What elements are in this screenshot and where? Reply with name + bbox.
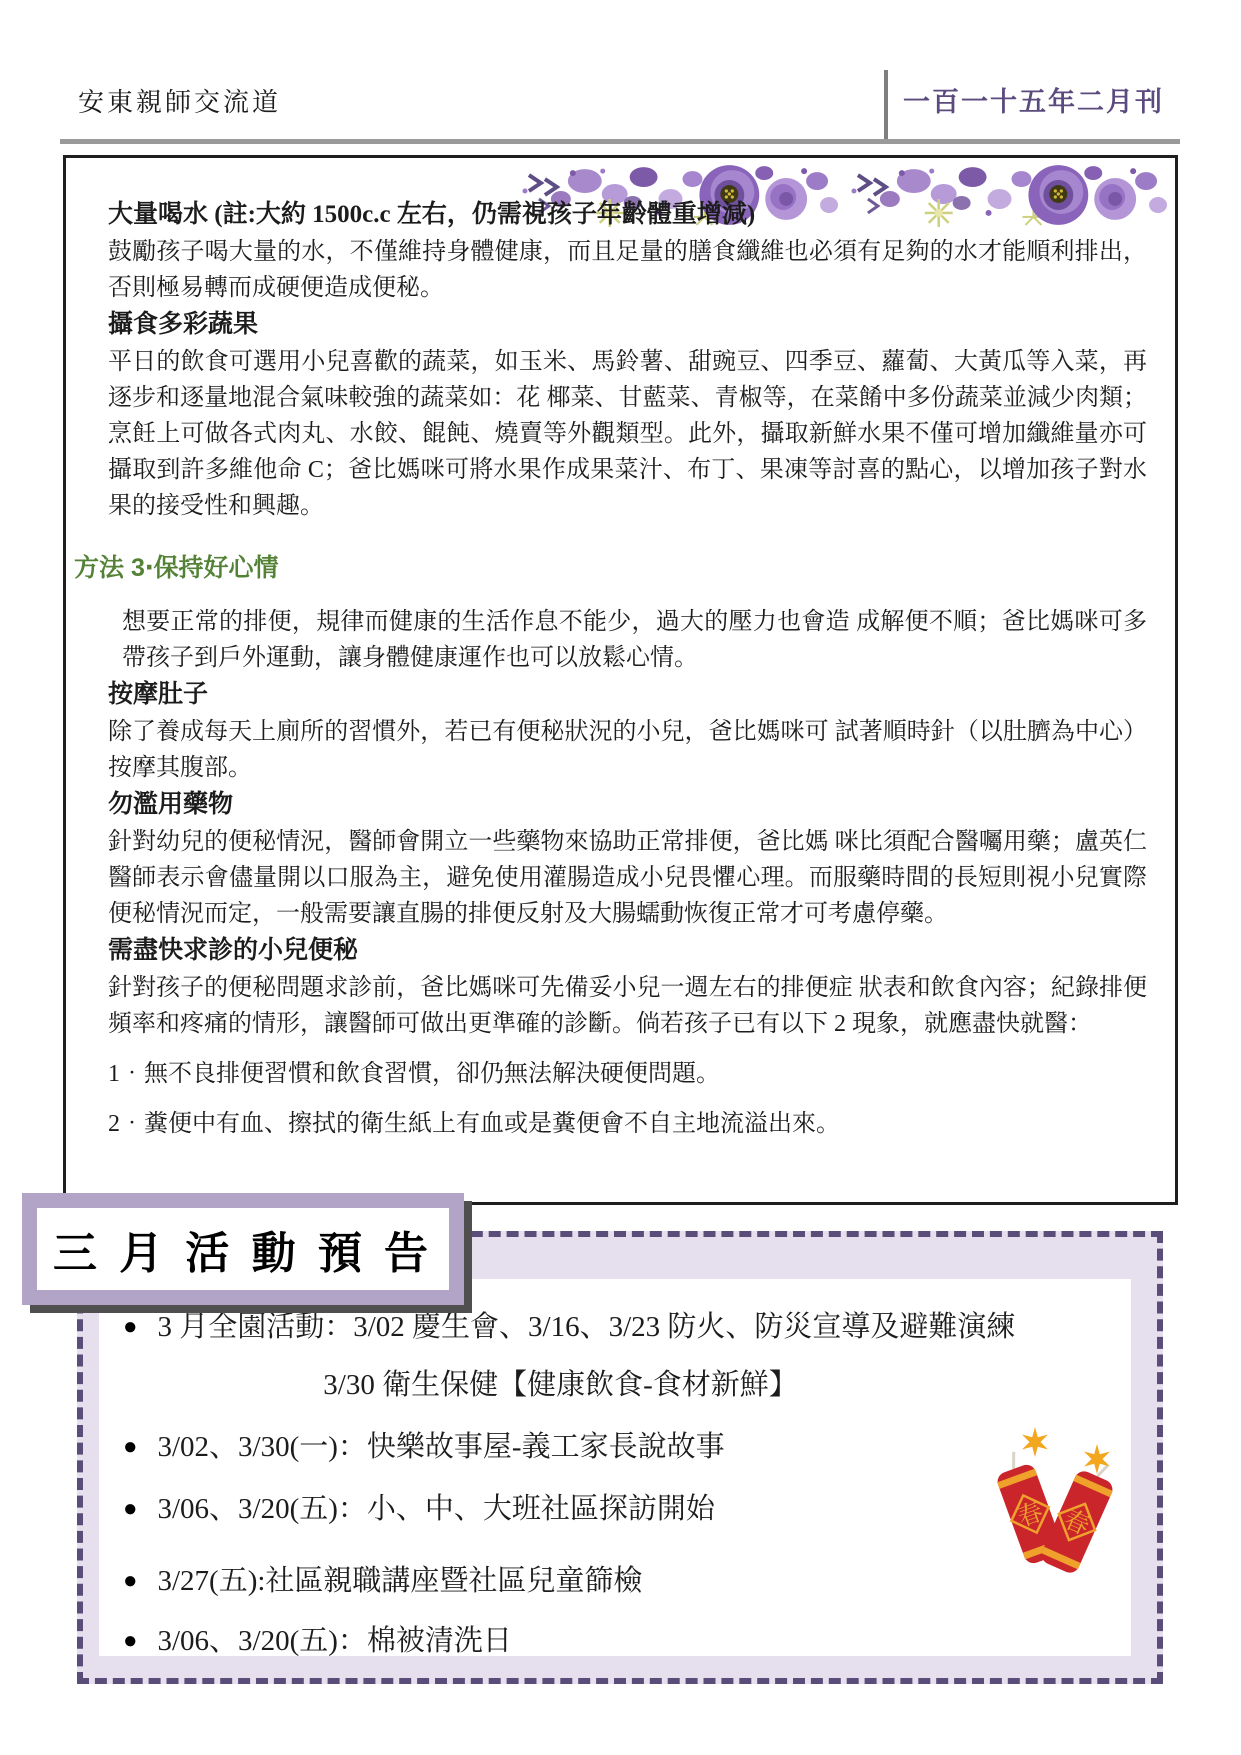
header-rule [60, 139, 1180, 144]
activity-item: ● 3/06、3/20(五)：棉被清洗日 [99, 1621, 1131, 1661]
spark-star-icon [1022, 1427, 1048, 1457]
method-heading: 方法 3‧保持好心情 [74, 550, 1147, 586]
bullet-icon: ● [123, 1427, 138, 1467]
header-divider [884, 70, 888, 140]
march-activities-content: ● 3 月全園活動：3/02 慶生會、3/16、3/23 防火、防災宣導及避難演… [99, 1279, 1131, 1656]
paragraph: 針對孩子的便秘問題求診前，爸比媽咪可先備妥小兒一週左右的排便症 狀表和飲食內容；… [108, 970, 1147, 1042]
section-heading: 大量喝水 (註:大約 1500c.c 左右，仍需視孩子年齡體重增減) [108, 196, 1147, 234]
march-title-plate: 三 月 活 動 預 告 [22, 1193, 464, 1305]
activity-text: 3/06、3/20(五)：棉被清洗日 [158, 1621, 512, 1661]
activity-text: 3 月全園活動：3/02 慶生會、3/16、3/23 防火、防災宣導及避難演練 [158, 1307, 1016, 1347]
march-title-inner: 三 月 活 動 預 告 [37, 1208, 449, 1290]
section-heading: 攝食多彩蔬果 [108, 306, 1147, 344]
paragraph: 除了養成每天上廁所的習慣外，若已有便秘狀況的小兒，爸比媽咪可 試著順時針（以肚臍… [108, 714, 1147, 786]
activity-item: ● 3/27(五):社區親職講座暨社區兒童篩檢 [99, 1561, 1131, 1601]
firecrackers-icon: 春 春 [985, 1422, 1135, 1590]
paragraph: 想要正常的排便，規律而健康的生活作息不能少，過大的壓力也會造 成解便不順；爸比媽… [108, 604, 1147, 676]
activity-text: 3/06、3/20(五)：小、中、大班社區探訪開始 [158, 1489, 715, 1529]
section-heading: 按摩肚子 [108, 676, 1147, 714]
newsletter-name: 安東親師交流道 [78, 82, 281, 119]
numbered-item: 2‧糞便中有血、擦拭的衛生紙上有血或是糞便會不自主地流溢出來。 [108, 1106, 1147, 1142]
activity-item: ● 3 月全園活動：3/02 慶生會、3/16、3/23 防火、防災宣導及避難演… [99, 1307, 1131, 1347]
paragraph: 針對幼兒的便秘情況，醫師會開立一些藥物來協助正常排便，爸比媽 咪比須配合醫囑用藥… [108, 824, 1147, 932]
march-title: 三 月 活 動 預 告 [53, 1217, 433, 1281]
bullet-icon: ● [123, 1489, 138, 1529]
bullet-icon: ● [123, 1561, 138, 1601]
section-heading: 需盡快求診的小兒便秘 [108, 932, 1147, 970]
activity-text: 3/02、3/30(一)：快樂故事屋-義工家長說故事 [158, 1427, 725, 1467]
newsletter-page: { "header": { "left_title": "安東親師交流道", "… [0, 0, 1241, 1755]
activity-continuation: 3/30 衛生保健【健康飲食-食材新鮮】 [189, 1365, 932, 1405]
spark-star-icon [1084, 1444, 1110, 1474]
paragraph: 鼓勵孩子喝大量的水，不僅維持身體健康，而且足量的膳食纖維也必須有足夠的水才能順利… [108, 234, 1147, 306]
paragraph: 平日的飲食可選用小兒喜歡的蔬菜，如玉米、馬鈴薯、甜豌豆、四季豆、蘿蔔、大黃瓜等入… [108, 344, 1147, 524]
bullet-icon: ● [123, 1621, 138, 1661]
issue-label: 一百一十五年二月刊 [903, 80, 1164, 119]
activity-item: ● 3/06、3/20(五)：小、中、大班社區探訪開始 [99, 1489, 1131, 1529]
activity-text: 3/27(五):社區親職講座暨社區兒童篩檢 [158, 1561, 643, 1601]
numbered-item: 1‧無不良排便習慣和飲食習慣，卻仍無法解決硬便問題。 [108, 1056, 1147, 1092]
article-body: 大量喝水 (註:大約 1500c.c 左右，仍需視孩子年齡體重增減) 鼓勵孩子喝… [108, 192, 1147, 1142]
bullet-icon: ● [123, 1307, 138, 1347]
activity-item: ● 3/02、3/30(一)：快樂故事屋-義工家長說故事 [99, 1427, 1131, 1467]
article-box: 大量喝水 (註:大約 1500c.c 左右，仍需視孩子年齡體重增減) 鼓勵孩子喝… [63, 155, 1178, 1205]
section-heading: 勿濫用藥物 [108, 786, 1147, 824]
